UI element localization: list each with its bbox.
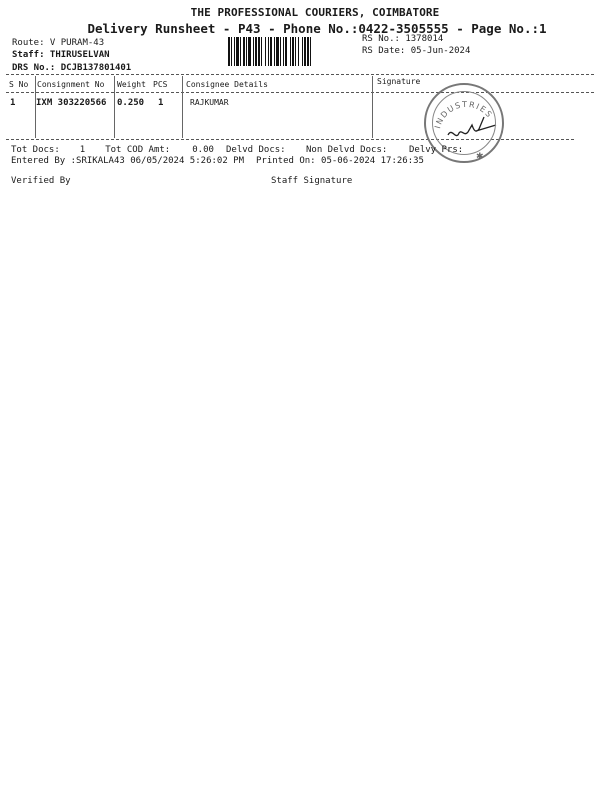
column-divider [114,76,115,138]
delvd-docs-label: Delvd Docs: [226,145,286,155]
cell-pcs: 1 [158,98,163,108]
non-delvd-docs-label: Non Delvd Docs: [306,145,387,155]
totals-row: Tot Docs:1Tot COD Amt:0.00 [11,145,214,155]
cell-consignment-no: IXM 303220566 [36,98,106,108]
barcode-icon [228,37,356,66]
company-title: THE PROFESSIONAL COURIERS, COIMBATORE [0,6,600,19]
staff-label: Staff: THIRUSELVAN [12,50,110,60]
printed-on: Printed On: 05-06-2024 17:26:35 [256,156,424,166]
tot-cod-value: 0.00 [192,145,214,155]
rs-number: RS No.: 1378014 [362,34,443,44]
column-header-sno: S No [9,80,28,89]
entered-by: Entered By :SRIKALA43 06/05/2024 5:26:02… [11,156,244,166]
column-header-consignee: Consignee Details [186,80,268,89]
cell-sno: 1 [10,98,15,108]
rs-date: RS Date: 05-Jun-2024 [362,46,470,56]
column-divider [372,76,373,138]
drs-number: DRS No.: DCJB137801401 [12,63,131,73]
column-divider [182,76,183,138]
column-header-signature: Signature [377,77,420,86]
cell-weight: 0.250 [117,98,144,108]
verified-by-label: Verified By [11,176,71,186]
column-header-consignment: Consignment No [37,80,104,89]
tot-docs-value: 1 [80,145,85,155]
svg-text:INDUSTRIES: INDUSTRIES [433,100,494,130]
delvy-label: Delvy Prs: [409,145,463,155]
tot-docs-label: Tot Docs: [11,145,60,155]
runsheet-subtitle: Delivery Runsheet - P43 - Phone No.:0422… [0,21,600,36]
column-header-weight: Weight [117,80,146,89]
tot-cod-label: Tot COD Amt: [105,145,170,155]
table-top-divider [6,74,594,75]
staff-signature-label: Staff Signature [271,176,352,186]
route-label: Route: V PURAM-43 [12,38,104,48]
cell-consignee: RAJKUMAR [190,98,229,107]
column-header-pcs: PCS [153,80,167,89]
svg-text:✱: ✱ [476,152,484,162]
